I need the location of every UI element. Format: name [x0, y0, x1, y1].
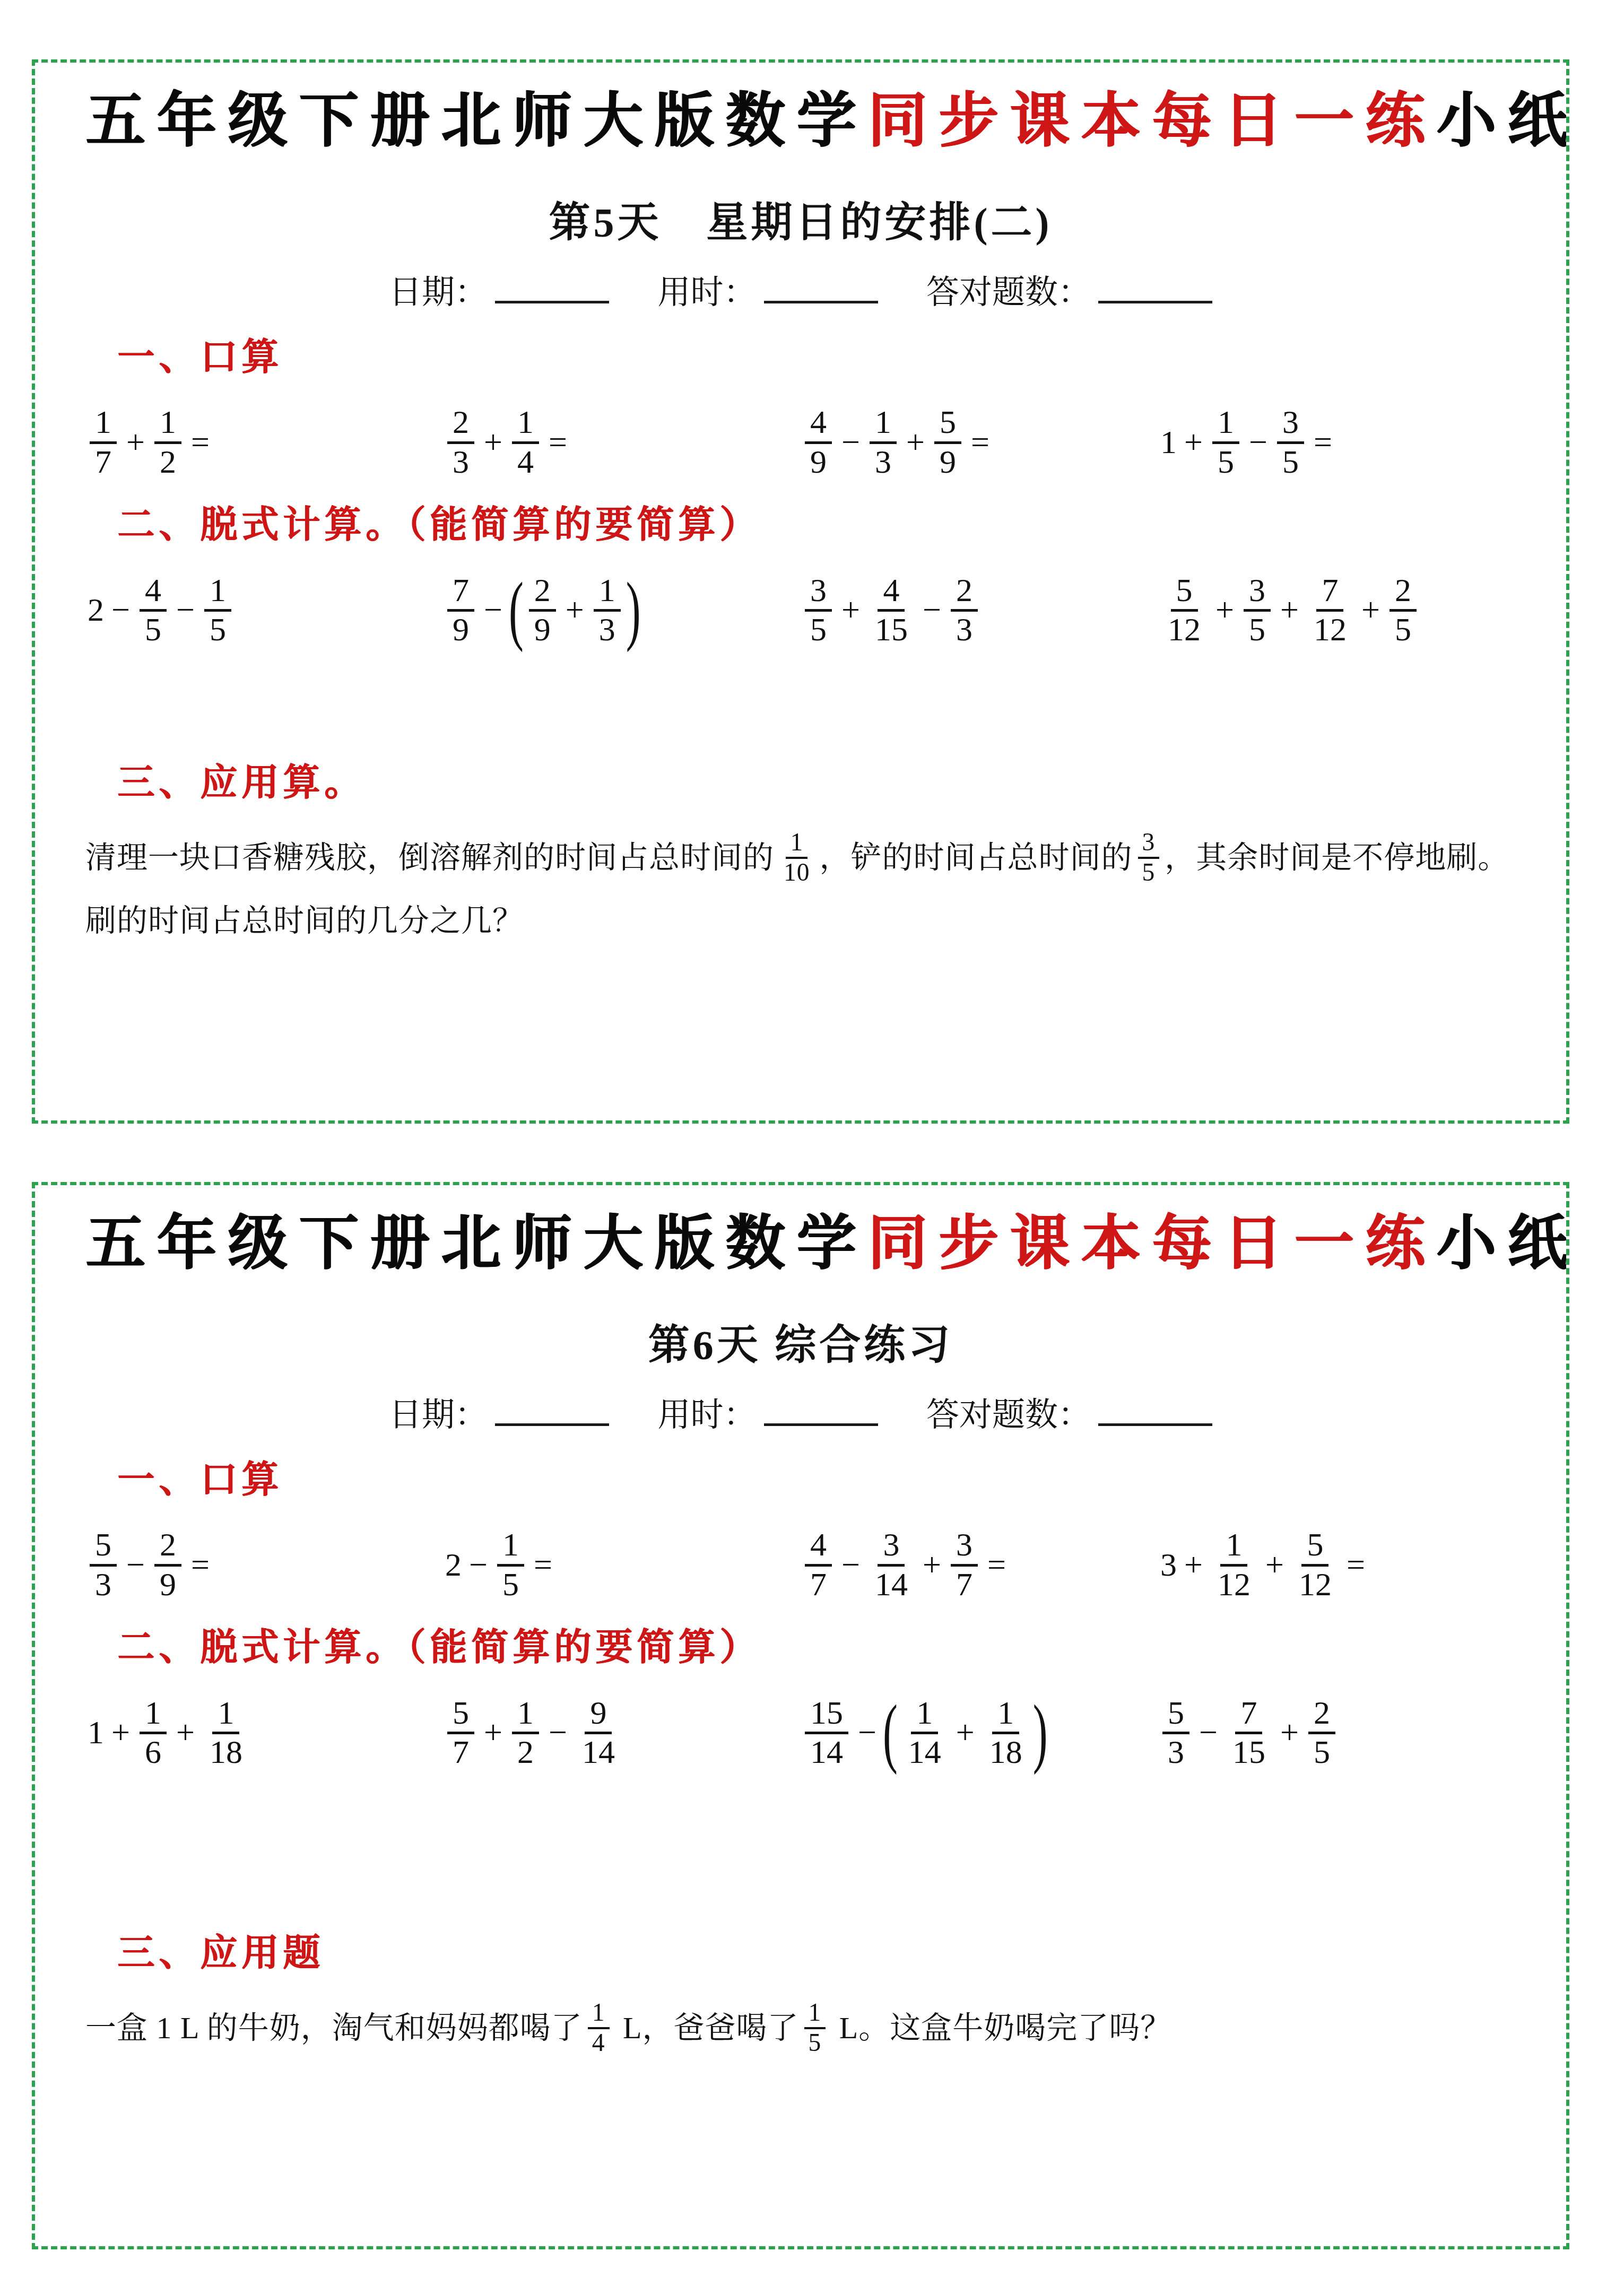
fraction: 13 [870, 404, 897, 481]
fraction: 35 [1277, 404, 1304, 481]
fraction: 112 [1212, 1527, 1256, 1603]
fraction: 15 [497, 1527, 524, 1603]
fraction: 35 [1244, 572, 1271, 649]
math-problem: 35+415−23 [801, 572, 1158, 649]
fraction: 110 [778, 829, 815, 886]
math-problem: 47−314+37= [801, 1527, 1158, 1603]
meta-line: 日期： 用时： 答对题数： [85, 266, 1516, 313]
time-blank-line [764, 273, 878, 303]
fraction: 47 [805, 1527, 832, 1603]
problem-text: 清理一块口香糖残胶，倒溶解剂的时间占总时间的 [85, 840, 774, 875]
operator: − [111, 592, 130, 629]
operator: − [484, 592, 502, 629]
meta-line: 日期： 用时： 答对题数： [85, 1388, 1516, 1436]
fraction: 16 [140, 1695, 167, 1771]
math-problem: 2−15= [443, 1527, 801, 1603]
math-problem: 3+112+512= [1158, 1527, 1516, 1603]
math-problem: 17+12= [85, 404, 443, 481]
time-label: 用时： [657, 275, 756, 311]
problem-text: L。这盒牛奶喝完了吗？ [831, 2011, 1171, 2045]
correct-count-blank-line [1098, 1395, 1212, 1426]
operator: + [484, 1714, 502, 1752]
oral-problems-row: 53−29= 2−15= 47−314+37= 3+112+512= [85, 1527, 1516, 1603]
operator: = [534, 1546, 552, 1584]
math-problem: 1+15−35= [1158, 404, 1516, 481]
operator: + [111, 1714, 130, 1752]
parenthesis: ( [509, 571, 524, 649]
integer: 2 [88, 592, 104, 629]
operator: − [469, 1546, 488, 1584]
worksheet-card-day6: 五年级下册北师大版数学同步课本每日一练小纸条 第6天 综合练习 日期： 用时： … [32, 1182, 1569, 2249]
operator: + [1361, 592, 1380, 629]
time-field: 用时： [657, 275, 878, 311]
parenthesis: ) [1033, 1694, 1048, 1771]
fraction: 79 [447, 572, 474, 649]
fraction: 53 [90, 1527, 117, 1603]
correct-count-field: 答对题数： [926, 1397, 1212, 1433]
fraction: 12 [512, 1695, 539, 1771]
fraction: 57 [447, 1695, 474, 1771]
fraction: 17 [90, 404, 117, 481]
fraction: 512 [1162, 572, 1206, 649]
fraction: 914 [577, 1695, 620, 1771]
parenthesis: ) [626, 571, 641, 649]
time-label: 用时： [657, 1397, 756, 1433]
operator: + [566, 592, 584, 629]
title-black-part2: 小纸条 [1436, 1210, 1569, 1276]
fraction: 415 [870, 572, 913, 649]
fraction: 15 [1212, 404, 1239, 481]
problem-text: L，爸爸喝了 [615, 2011, 799, 2045]
math-problem: 2−45−15 [85, 572, 443, 649]
written-problems-row: 2−45−15 79−(29+13) 35+415−23 512+35+712+… [85, 572, 1516, 649]
fraction: 1514 [805, 1695, 848, 1771]
operator: + [906, 424, 925, 462]
date-field: 日期： [389, 275, 609, 311]
title-black-part1: 五年级下册北师大版数学 [85, 88, 867, 154]
fraction: 37 [951, 1527, 978, 1603]
operator: + [1280, 1714, 1299, 1752]
section-heading-applied: 三、应用题 [117, 1930, 1516, 1977]
math-problem: 53−715+25 [1158, 1695, 1516, 1771]
date-blank-line [495, 273, 609, 303]
correct-count-field: 答对题数： [926, 275, 1212, 311]
operator: − [841, 424, 860, 462]
problem-text: ，铲的时间占总时间的 [820, 840, 1133, 875]
operator: + [1280, 592, 1299, 629]
fraction: 715 [1227, 1695, 1271, 1771]
section-heading-oral: 一、口算 [117, 334, 1516, 381]
fraction: 23 [951, 572, 978, 649]
fraction: 15 [803, 1999, 827, 2057]
integer: 3 [1160, 1546, 1177, 1584]
fraction: 45 [140, 572, 167, 649]
fraction: 14 [512, 404, 539, 481]
operator: + [1184, 424, 1203, 462]
integer: 1 [1160, 424, 1177, 462]
fraction: 14 [587, 1999, 611, 2057]
operator: + [841, 592, 860, 629]
fraction: 512 [1293, 1527, 1337, 1603]
math-problem: 79−(29+13) [443, 572, 801, 649]
correct-count-label: 答对题数： [926, 1397, 1091, 1433]
worksheet-title: 五年级下册北师大版数学同步课本每日一练小纸条 [85, 84, 1516, 158]
problem-text: 一盒 1 L 的牛奶，淘气和妈妈都喝了 [85, 2011, 583, 2045]
operator: = [1314, 424, 1332, 462]
operator: = [191, 1546, 210, 1584]
fraction: 712 [1308, 572, 1352, 649]
operator: + [956, 1714, 975, 1752]
fraction: 23 [447, 404, 474, 481]
math-problem: 1+16+118 [85, 1695, 443, 1771]
date-field: 日期： [389, 1397, 609, 1433]
time-blank-line [764, 1395, 878, 1426]
fraction: 118 [984, 1695, 1028, 1771]
worksheet-card-day5: 五年级下册北师大版数学同步课本每日一练小纸条 第5天 星期日的安排(二) 日期：… [32, 59, 1569, 1124]
fraction: 25 [1389, 572, 1417, 649]
math-problem: 53−29= [85, 1527, 443, 1603]
operator: = [971, 424, 989, 462]
operator: − [1199, 1714, 1218, 1752]
correct-count-label: 答对题数： [926, 275, 1091, 311]
operator: = [1347, 1546, 1365, 1584]
word-problem: 一盒 1 L 的牛奶，淘气和妈妈都喝了14 L，爸爸喝了15 L。这盒牛奶喝完了… [85, 1995, 1516, 2058]
worksheet-subtitle: 第5天 星期日的安排(二) [85, 198, 1516, 248]
fraction: 12 [154, 404, 181, 481]
math-problem: 1514−(114+118) [801, 1695, 1158, 1771]
operator: − [858, 1714, 876, 1752]
correct-count-blank-line [1098, 273, 1212, 303]
written-problems-row: 1+16+118 57+12−914 1514−(114+118) 53−715… [85, 1695, 1516, 1771]
fraction: 118 [204, 1695, 248, 1771]
date-blank-line [495, 1395, 609, 1426]
section-heading-applied: 三、应用算。 [117, 760, 1516, 806]
worksheet-subtitle: 第6天 综合练习 [85, 1320, 1516, 1370]
fraction: 35 [805, 572, 832, 649]
operator: = [987, 1546, 1006, 1584]
operator: − [841, 1546, 860, 1584]
fraction: 29 [529, 572, 556, 649]
title-black-part1: 五年级下册北师大版数学 [85, 1210, 867, 1276]
title-red-part: 同步课本每日一练 [867, 88, 1436, 154]
operator: + [1265, 1546, 1284, 1584]
integer: 1 [88, 1714, 104, 1752]
operator: = [549, 424, 567, 462]
fraction: 114 [903, 1695, 946, 1771]
time-field: 用时： [657, 1397, 878, 1433]
oral-problems-row: 17+12= 23+14= 49−13+59= 1+15−35= [85, 404, 1516, 481]
math-problem: 512+35+712+25 [1158, 572, 1516, 649]
title-black-part2: 小纸条 [1436, 88, 1569, 154]
operator: + [1215, 592, 1234, 629]
section-heading-written: 二、脱式计算。（能简算的要简算） [117, 502, 1516, 549]
worksheet-title: 五年级下册北师大版数学同步课本每日一练小纸条 [85, 1206, 1516, 1281]
operator: + [1184, 1546, 1203, 1584]
title-red-part: 同步课本每日一练 [867, 1210, 1436, 1276]
section-heading-written: 二、脱式计算。（能简算的要简算） [117, 1624, 1516, 1671]
fraction: 35 [1137, 829, 1161, 886]
operator: − [1249, 424, 1267, 462]
operator: + [126, 424, 145, 462]
fraction: 25 [1308, 1695, 1335, 1771]
operator: − [126, 1546, 145, 1584]
fraction: 49 [805, 404, 832, 481]
operator: = [191, 424, 210, 462]
operator: − [549, 1714, 567, 1752]
fraction: 15 [204, 572, 231, 649]
operator: + [484, 424, 502, 462]
date-label: 日期： [389, 275, 488, 311]
parenthesis: ( [883, 1694, 898, 1771]
operator: + [176, 1714, 195, 1752]
math-problem: 23+14= [443, 404, 801, 481]
fraction: 29 [154, 1527, 181, 1603]
integer: 2 [445, 1546, 462, 1584]
fraction: 53 [1162, 1695, 1189, 1771]
fraction: 314 [870, 1527, 913, 1603]
word-problem: 清理一块口香糖残胶，倒溶解剂的时间占总时间的110，铲的时间占总时间的35，其余… [85, 824, 1516, 951]
fraction: 13 [594, 572, 621, 649]
operator: + [923, 1546, 941, 1584]
operator: − [923, 592, 941, 629]
section-heading-oral: 一、口算 [117, 1457, 1516, 1503]
operator: − [176, 592, 195, 629]
math-problem: 57+12−914 [443, 1695, 801, 1771]
math-problem: 49−13+59= [801, 404, 1158, 481]
date-label: 日期： [389, 1397, 488, 1433]
fraction: 59 [934, 404, 961, 481]
